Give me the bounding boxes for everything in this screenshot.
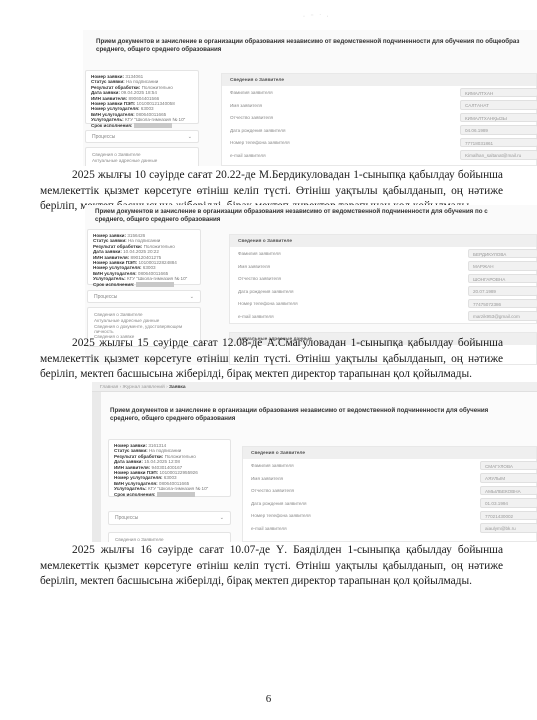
processes-dropdown[interactable]: Процессы ⌄	[85, 130, 199, 143]
menu-item[interactable]: Актуальные адресные данные	[92, 158, 192, 164]
scan-marks: · ⁻ ˙ ·	[303, 13, 331, 20]
field-row: Отчество заявителяКИМАЛТХАНҚЫЗЫ	[222, 111, 536, 124]
left-sidebar	[92, 382, 101, 542]
field-value: САЛТАНАТ	[460, 100, 537, 110]
redacted-value	[136, 282, 174, 287]
service-title: Прием документов и зачисление в организа…	[95, 208, 535, 224]
chevron-down-icon: ⌄	[190, 294, 194, 300]
screenshot-1: Прием документов и зачисление в организа…	[83, 30, 537, 166]
chevron-down-icon: ⌄	[188, 134, 192, 140]
field-value: 77718031861	[460, 138, 537, 148]
service-title: Прием документов и зачисление в организа…	[96, 38, 536, 54]
panel-header: Сведения о Заявителе	[222, 74, 536, 86]
redacted-value	[134, 123, 172, 128]
processes-dropdown[interactable]: Процессы ⌄	[108, 511, 231, 525]
application-info-card: Номер заявки: 3134061 Статус заявки: На …	[85, 70, 199, 124]
screenshot-3: Главная › Журнал заявлений › Заявка Прие…	[92, 382, 537, 542]
field-value: 04.06.1989	[460, 125, 537, 135]
applicant-panel: Сведения о Заявителе Фамилия заявителяКИ…	[221, 73, 537, 166]
breadcrumb-journal[interactable]: Журнал заявлений	[123, 385, 165, 390]
paragraph-3: 2025 жылғы 16 сәуірде сағат 10.07-де Ү. …	[40, 543, 503, 590]
application-info-card: Номер заявки: 3161314 Статус заявки: На …	[108, 439, 231, 497]
chevron-down-icon: ⌄	[220, 515, 224, 521]
field-row: Фамилия заявителяКИМАЛТХАН	[222, 86, 536, 99]
page-number: 6	[0, 693, 537, 705]
field-value: КИМАЛТХАНҚЫЗЫ	[460, 113, 537, 123]
field-row: Имя заявителяСАЛТАНАТ	[222, 99, 536, 112]
breadcrumb: Главная › Журнал заявлений › Заявка	[92, 382, 537, 392]
field-row: e-mail заявителяKimalhan_saltanat@mail.r…	[222, 149, 536, 162]
applicant-panel: Сведения о Заявителе Фамилия заявителяСМ…	[242, 446, 537, 542]
service-title: Прием документов и зачисление в организа…	[110, 407, 530, 423]
field-value: Kimalhan_saltanat@mail.ru	[460, 150, 537, 160]
menu-item[interactable]: Сведения о документе, удостоверяющем лич…	[94, 324, 194, 334]
section-menu: Сведения о Заявителе	[108, 532, 231, 542]
breadcrumb-home[interactable]: Главная	[100, 385, 118, 390]
info-row: Срок исполнения:	[91, 123, 193, 128]
breadcrumb-current: Заявка	[169, 385, 186, 390]
applicant-panel: Сведения о Заявителе Фамилия заявителяБЕ…	[229, 234, 537, 324]
processes-dropdown[interactable]: Процессы ⌄	[87, 290, 201, 303]
menu-item[interactable]: Сведения о Заявителе	[115, 537, 224, 542]
section-menu: Сведения о Заявителе Актуальные адресные…	[85, 147, 199, 166]
application-info-card: Номер заявки: 3156426 Статус заявки: На …	[87, 229, 201, 285]
paragraph-2: 2025 жылғы 15 сәуірде сағат 12.08-де А.С…	[40, 336, 503, 383]
redacted-value	[157, 492, 195, 497]
field-value: КИМАЛТХАН	[460, 88, 537, 98]
field-row: Номер телефона заявителя77718031861	[222, 136, 536, 149]
field-row: Дата рождения заявителя04.06.1989	[222, 124, 536, 137]
